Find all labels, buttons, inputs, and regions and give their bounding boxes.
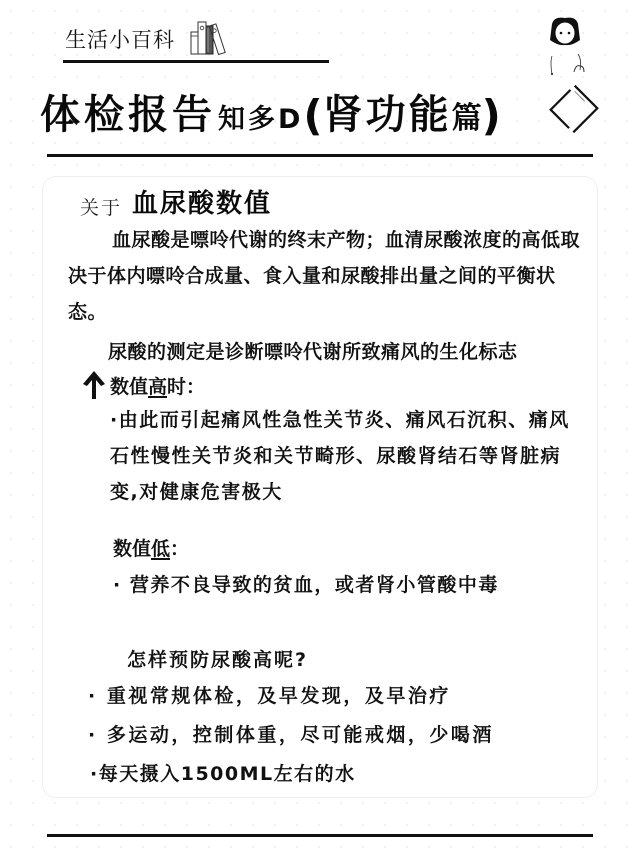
prevention-tip: · 多运动，控制体重，尽可能戒烟，少喝酒 (88, 720, 494, 747)
title-underline (47, 154, 593, 157)
prevention-tip: · 重视常规体检，及早发现，及早治疗 (88, 681, 451, 708)
prevention-tip: ·每天摄入1500ML左右的水 (90, 759, 356, 786)
title-small: 知多D (218, 97, 303, 136)
intro-text: 血尿酸是嘌呤代谢的终末产物；血清尿酸浓度的高低取决于体内嘌呤合成量、食入量和尿酸… (68, 229, 580, 323)
low-label-post: ： (170, 538, 189, 560)
high-value-text: ·由此而引起痛风性急性关节炎、痛风石沉积、痛风石性慢性关节炎和关节畸形、尿酸肾结… (110, 402, 590, 510)
brand-label: 生活小百科 (65, 24, 175, 54)
low-value-text: · 营养不良导致的贫血，或者肾小管酸中毒 (113, 570, 499, 597)
intro-paragraph: 血尿酸是嘌呤代谢的终末产物；血清尿酸浓度的高低取决于体内嘌呤合成量、食入量和尿酸… (68, 222, 588, 330)
nurse-icon (540, 16, 590, 76)
low-label-pre: 数值 (113, 538, 151, 560)
title-paren-close: ) (482, 91, 501, 140)
low-value-heading: 数值低： (113, 534, 189, 561)
high-label-post: 时： (167, 372, 205, 399)
title-sub-small: 篇 (452, 93, 482, 137)
intro-marker: 尿酸的测定是诊断嘌呤代谢所致痛风的生化标志 (108, 334, 518, 370)
prevention-question: 怎样预防尿酸高呢? (127, 645, 308, 672)
section-topic: 血尿酸数值 (132, 183, 272, 220)
high-label-key: 高 (148, 372, 167, 399)
section-title: 关于 血尿酸数值 (80, 183, 272, 220)
clipboard-icon (548, 82, 600, 136)
brand-underline (63, 60, 329, 63)
title-sub: 肾功能 (323, 83, 452, 140)
section-about: 关于 (80, 193, 122, 220)
footer-rule (47, 834, 593, 837)
title-paren-open: ( (303, 91, 322, 140)
high-value-heading: 数值高时： (80, 368, 205, 402)
low-label-key: 低 (151, 538, 170, 560)
books-icon (190, 16, 236, 56)
title-main: 体检报告 (40, 83, 216, 140)
page-title: 体检报告 知多D ( 肾功能 篇 ) (40, 80, 501, 140)
up-arrow-icon (80, 368, 108, 402)
high-label-pre: 数值 (110, 372, 148, 399)
